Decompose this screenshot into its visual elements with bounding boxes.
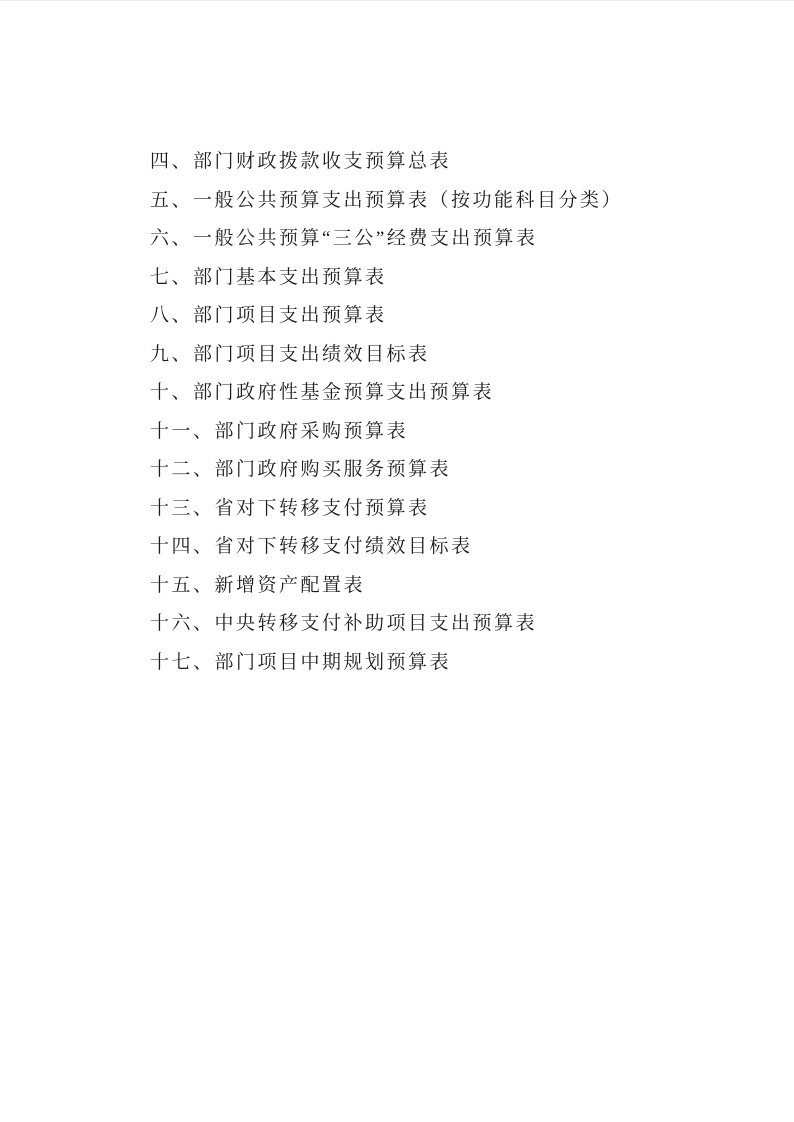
toc-item-16: 十六、中央转移支付补助项目支出预算表 bbox=[150, 605, 704, 644]
toc-list: 四、部门财政拨款收支预算总表 五、一般公共预算支出预算表（按功能科目分类） 六、… bbox=[0, 1, 794, 682]
toc-item-13: 十三、省对下转移支付预算表 bbox=[150, 490, 704, 529]
document-page: 四、部门财政拨款收支预算总表 五、一般公共预算支出预算表（按功能科目分类） 六、… bbox=[0, 0, 794, 1122]
toc-item-14: 十四、省对下转移支付绩效目标表 bbox=[150, 528, 704, 567]
toc-item-11: 十一、部门政府采购预算表 bbox=[150, 413, 704, 452]
toc-item-7: 七、部门基本支出预算表 bbox=[150, 259, 704, 298]
toc-item-8: 八、部门项目支出预算表 bbox=[150, 297, 704, 336]
toc-item-6: 六、一般公共预算“三公”经费支出预算表 bbox=[150, 220, 704, 259]
toc-item-9: 九、部门项目支出绩效目标表 bbox=[150, 336, 704, 375]
toc-item-4: 四、部门财政拨款收支预算总表 bbox=[150, 143, 704, 182]
toc-item-17: 十七、部门项目中期规划预算表 bbox=[150, 644, 704, 683]
toc-item-5: 五、一般公共预算支出预算表（按功能科目分类） bbox=[150, 182, 704, 221]
toc-item-15: 十五、新增资产配置表 bbox=[150, 567, 704, 606]
toc-item-12: 十二、部门政府购买服务预算表 bbox=[150, 451, 704, 490]
toc-item-10: 十、部门政府性基金预算支出预算表 bbox=[150, 374, 704, 413]
